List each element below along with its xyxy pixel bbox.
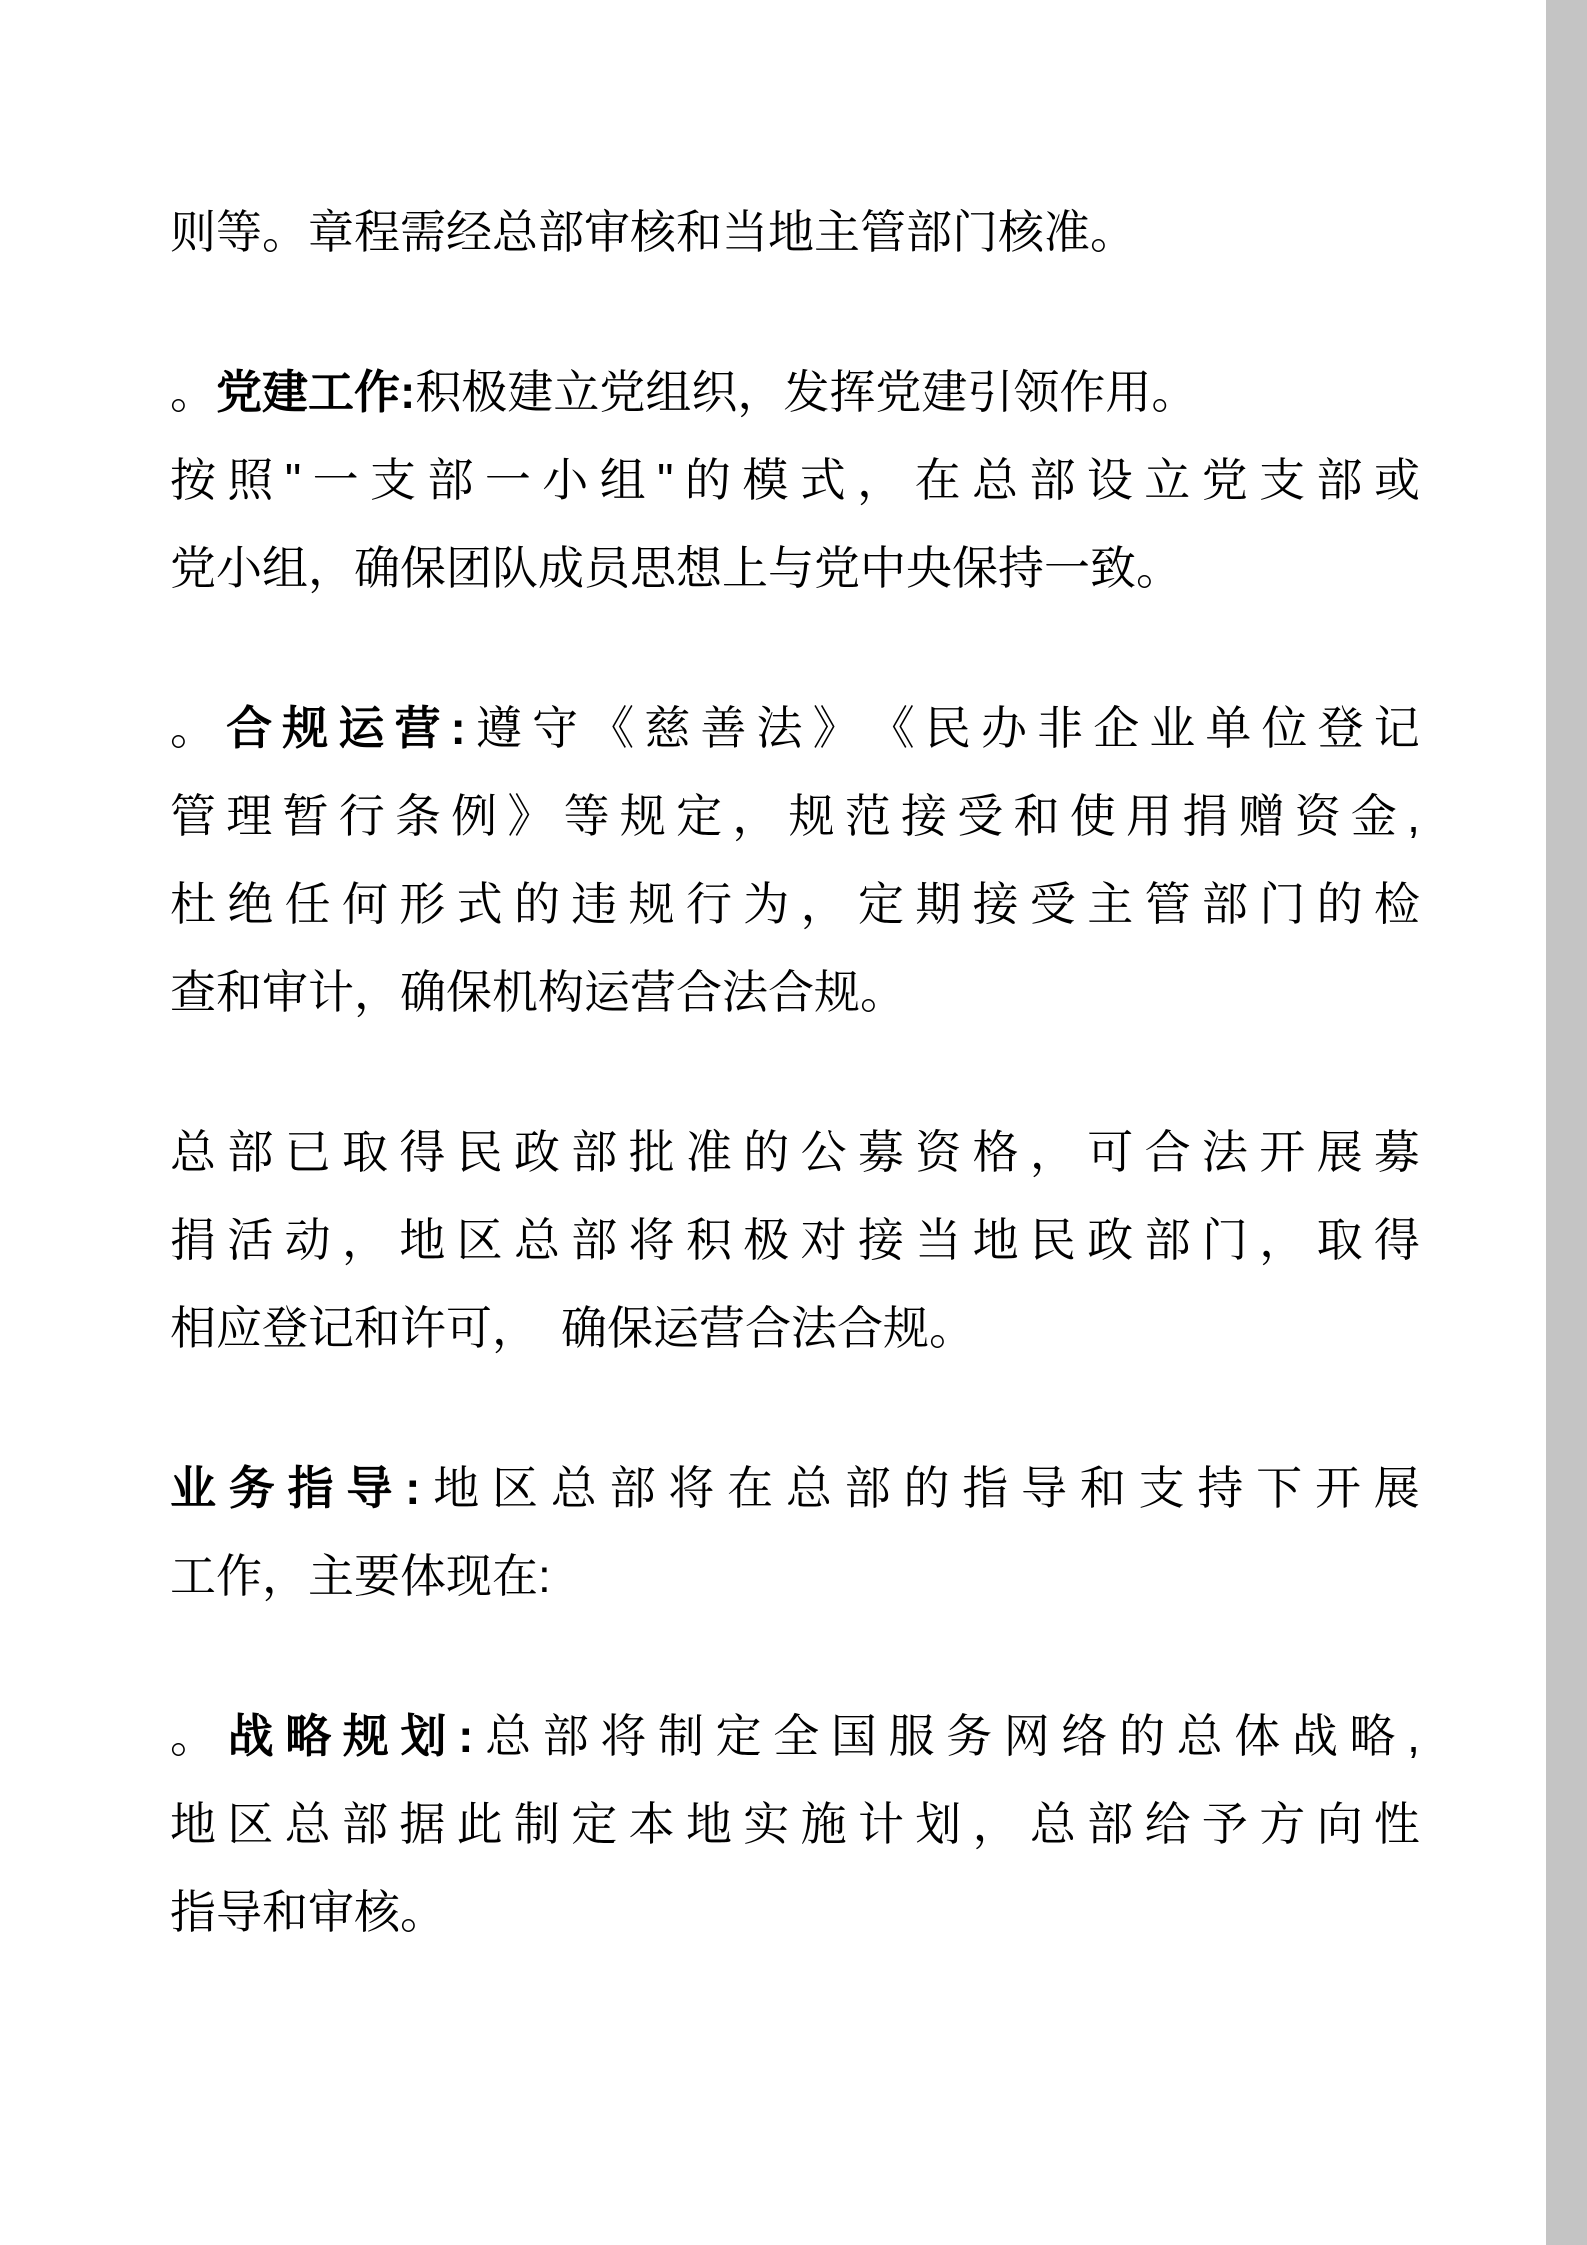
text-char: 一 xyxy=(485,436,531,524)
text-char: 将 xyxy=(600,1692,646,1780)
text-char: 》 xyxy=(813,684,859,772)
text-char: 已 xyxy=(285,1108,331,1196)
text-char: 非 xyxy=(1037,684,1083,772)
text-char: 务 xyxy=(946,1692,992,1780)
text-char: 全 xyxy=(773,1692,819,1780)
text-char: 区 xyxy=(227,1780,273,1868)
text-char: 单 xyxy=(1205,684,1251,772)
text-char: 的 xyxy=(1317,860,1363,948)
text-char: 民 xyxy=(1030,1196,1076,1284)
text-line: 总部已取得民政部批准的公募资格，可合法开展募 xyxy=(170,1108,1420,1196)
text-char: 按 xyxy=(170,436,216,524)
text-char: 登 xyxy=(1318,684,1364,772)
text-char: 略 xyxy=(1349,1692,1395,1780)
text-char: ， xyxy=(732,772,778,860)
bold-term-char: 略 xyxy=(285,1692,331,1780)
text-char: 和 xyxy=(1014,772,1060,860)
text-char: 极 xyxy=(743,1196,789,1284)
bold-term-char: 指 xyxy=(288,1444,334,1532)
text-line: 管理暂行条例》等规定，规范接受和使用捐赠资金, xyxy=(170,772,1420,860)
document-page: 则等。章程需经总部审核和当地主管部门核准。。党建工作:积极建立党组织，发挥党建引… xyxy=(0,0,1587,2245)
text-char: 地 xyxy=(973,1196,1019,1284)
text-char: 等 xyxy=(564,772,610,860)
text-char: , xyxy=(1407,1692,1420,1780)
text-char: 条 xyxy=(395,772,441,860)
text-char: 违 xyxy=(571,860,617,948)
text-char: 的 xyxy=(1119,1692,1165,1780)
text-char: 动 xyxy=(285,1196,331,1284)
text-char: 接 xyxy=(901,772,947,860)
text-char: 总 xyxy=(285,1780,331,1868)
bold-term-char: 规 xyxy=(282,684,328,772)
text-char: 理 xyxy=(226,772,272,860)
text-char: 受 xyxy=(1030,860,1076,948)
text-char: ， xyxy=(801,860,847,948)
text-line: 。合规运营:遵守《慈善法》《民办非企业单位登记 xyxy=(170,684,1420,772)
text-char: 管 xyxy=(170,772,216,860)
text-char: 格 xyxy=(973,1108,1019,1196)
text-char: 募 xyxy=(1374,1108,1420,1196)
text-char: 方 xyxy=(1259,1780,1305,1868)
text-char: 性 xyxy=(1374,1780,1420,1868)
text-char: 将 xyxy=(668,1444,714,1532)
text-char: 。 xyxy=(170,1692,216,1780)
text-char: 或 xyxy=(1374,436,1420,524)
text-char: 暂 xyxy=(282,772,328,860)
bold-term-char: 运 xyxy=(338,684,384,772)
text-char: 规 xyxy=(629,860,675,948)
text-char: 资 xyxy=(1295,772,1341,860)
text-char: 》 xyxy=(507,772,553,860)
text-char: 式 xyxy=(457,860,503,948)
text-char: 取 xyxy=(1317,1196,1363,1284)
text-char: 设 xyxy=(1087,436,1133,524)
text-char: 一 xyxy=(313,436,359,524)
text-segment: 党小组，确保团队成员思想上与党中央保持一致。 xyxy=(170,542,1182,594)
text-segment: 积极建立党组织，发挥党建引领作用。 xyxy=(415,366,1197,418)
text-char: 立 xyxy=(1144,436,1190,524)
text-line: 党小组，确保团队成员思想上与党中央保持一致。 xyxy=(170,524,1420,612)
text-char: 党 xyxy=(1202,436,1248,524)
text-char: 的 xyxy=(685,436,731,524)
text-segment: 相应登记和许可， 确保运营合法合规。 xyxy=(170,1302,975,1354)
text-char: 使 xyxy=(1070,772,1116,860)
text-char: 国 xyxy=(831,1692,877,1780)
text-char: 主 xyxy=(1087,860,1133,948)
text-segment: 工作，主要体现在: xyxy=(170,1550,551,1602)
text-char: 规 xyxy=(620,772,666,860)
text-char: 服 xyxy=(888,1692,934,1780)
text-char: 小 xyxy=(542,436,588,524)
bold-term-char: 务 xyxy=(229,1444,275,1532)
bold-term-char: 营 xyxy=(394,684,440,772)
text-char: 捐 xyxy=(170,1196,216,1284)
text-char: 。 xyxy=(170,684,216,772)
text-char: 总 xyxy=(972,436,1018,524)
text-char: 用 xyxy=(1126,772,1172,860)
text-char: 门 xyxy=(1259,860,1305,948)
text-char: 检 xyxy=(1374,860,1420,948)
text-char: 部 xyxy=(845,1444,891,1532)
text-char: 总 xyxy=(551,1444,597,1532)
text-char: 此 xyxy=(457,1780,503,1868)
paragraph: 。合规运营:遵守《慈善法》《民办非企业单位登记管理暂行条例》等规定，规范接受和使… xyxy=(170,684,1420,1036)
text-char: 部 xyxy=(1029,436,1075,524)
paragraph: 总部已取得民政部批准的公募资格，可合法开展募捐活动，地区总部将积极对接当地民政部… xyxy=(170,1108,1420,1372)
bold-term-char: 规 xyxy=(343,1692,389,1780)
text-line: 按照"一支部一小组"的模式，在总部设立党支部或 xyxy=(170,436,1420,524)
text-char: 管 xyxy=(1145,860,1191,948)
text-line: 地区总部据此制定本地实施计划，总部给予方向性 xyxy=(170,1780,1420,1868)
text-line: 相应登记和许可， 确保运营合法合规。 xyxy=(170,1284,1420,1372)
text-char: 制 xyxy=(658,1692,704,1780)
text-char: 地 xyxy=(686,1780,732,1868)
text-char: 政 xyxy=(1087,1196,1133,1284)
text-char: ， xyxy=(1259,1196,1305,1284)
bold-term-char: 导 xyxy=(346,1444,392,1532)
text-char: 展 xyxy=(1317,1108,1363,1196)
text-char: 捐 xyxy=(1182,772,1228,860)
text-char: 积 xyxy=(686,1196,732,1284)
text-char: 指 xyxy=(962,1444,1008,1532)
scrollbar-track[interactable] xyxy=(1546,0,1587,2245)
text-segment: 指导和审核。 xyxy=(170,1886,446,1938)
text-char: 行 xyxy=(686,860,732,948)
bold-term-char: : xyxy=(451,684,466,772)
text-char: 门 xyxy=(1202,1196,1248,1284)
text-char: 范 xyxy=(845,772,891,860)
text-char: 部 xyxy=(227,1108,273,1196)
text-char: 的 xyxy=(743,1108,789,1196)
text-char: 制 xyxy=(514,1780,560,1868)
text-char: 向 xyxy=(1317,1780,1363,1868)
text-char: 实 xyxy=(743,1780,789,1868)
text-char: 活 xyxy=(227,1196,273,1284)
text-char: 地 xyxy=(399,1196,445,1284)
text-char: 持 xyxy=(1197,1444,1243,1532)
text-char: 定 xyxy=(716,1692,762,1780)
text-char: 批 xyxy=(629,1108,675,1196)
text-char: 部 xyxy=(1202,860,1248,948)
text-char: 任 xyxy=(285,860,331,948)
text-char: 部 xyxy=(571,1108,617,1196)
text-char: 赠 xyxy=(1238,772,1284,860)
text-char: 络 xyxy=(1061,1692,1107,1780)
text-char: 支 xyxy=(370,436,416,524)
text-char: ， xyxy=(857,436,903,524)
text-char: 部 xyxy=(427,436,473,524)
text-char: 合 xyxy=(1145,1108,1191,1196)
text-char: 《 xyxy=(869,684,915,772)
text-char: 支 xyxy=(1259,436,1305,524)
text-char: 政 xyxy=(514,1108,560,1196)
text-char: 规 xyxy=(789,772,835,860)
text-char: 法 xyxy=(1202,1108,1248,1196)
text-char: 例 xyxy=(451,772,497,860)
text-char: 接 xyxy=(973,860,1019,948)
text-char: 位 xyxy=(1262,684,1308,772)
text-char: 绝 xyxy=(227,860,273,948)
text-char: 业 xyxy=(1149,684,1195,772)
text-char: 展 xyxy=(1374,1444,1420,1532)
text-char: 准 xyxy=(686,1108,732,1196)
text-char: " xyxy=(657,436,673,524)
text-char: 划 xyxy=(915,1780,961,1868)
text-char: 将 xyxy=(629,1196,675,1284)
text-char: 网 xyxy=(1004,1692,1050,1780)
text-char: ， xyxy=(342,1196,388,1284)
text-char: 的 xyxy=(514,860,560,948)
text-char: 部 xyxy=(543,1692,589,1780)
text-char: 总 xyxy=(514,1196,560,1284)
text-char: 开 xyxy=(1259,1108,1305,1196)
paragraph: 。党建工作:积极建立党组织，发挥党建引领作用。按照"一支部一小组"的模式，在总部… xyxy=(170,348,1420,612)
document-content: 则等。章程需经总部审核和当地主管部门核准。。党建工作:积极建立党组织，发挥党建引… xyxy=(170,188,1420,2028)
text-char: 遵 xyxy=(476,684,522,772)
text-char: 照 xyxy=(227,436,273,524)
text-char: 当 xyxy=(915,1196,961,1284)
text-char: 计 xyxy=(858,1780,904,1868)
text-char: 在 xyxy=(915,436,961,524)
text-char: ， xyxy=(1030,1108,1076,1196)
text-char: 总 xyxy=(170,1108,216,1196)
text-line: 查和审计，确保机构运营合法合规。 xyxy=(170,948,1420,1036)
text-char: 定 xyxy=(676,772,722,860)
paragraph: 业务指导:地区总部将在总部的指导和支持下开展工作，主要体现在: xyxy=(170,1444,1420,1620)
bold-term-char: 划 xyxy=(401,1692,447,1780)
text-char: 民 xyxy=(457,1108,503,1196)
text-char: 定 xyxy=(858,860,904,948)
text-char: 民 xyxy=(925,684,971,772)
text-char: 守 xyxy=(532,684,578,772)
text-char: 何 xyxy=(342,860,388,948)
text-char: 得 xyxy=(399,1108,445,1196)
text-line: 捐活动，地区总部将积极对接当地民政部门，取得 xyxy=(170,1196,1420,1284)
text-char: 组 xyxy=(600,436,646,524)
text-char: 受 xyxy=(957,772,1003,860)
text-char: 行 xyxy=(339,772,385,860)
text-char: 总 xyxy=(1030,1780,1076,1868)
text-char: 部 xyxy=(571,1196,617,1284)
text-char: 金 xyxy=(1351,772,1397,860)
text-char: 式 xyxy=(800,436,846,524)
text-line: 则等。章程需经总部审核和当地主管部门核准。 xyxy=(170,188,1420,276)
text-char: 部 xyxy=(1145,1196,1191,1284)
text-char: 区 xyxy=(457,1196,503,1284)
text-char: 慈 xyxy=(644,684,690,772)
text-line: 业务指导:地区总部将在总部的指导和支持下开展 xyxy=(170,1444,1420,1532)
text-line: 工作，主要体现在: xyxy=(170,1532,1420,1620)
text-char: 施 xyxy=(801,1780,847,1868)
text-char: 部 xyxy=(1087,1780,1133,1868)
text-line: 指导和审核。 xyxy=(170,1868,1420,1956)
bold-term-char: 战 xyxy=(228,1692,274,1780)
paragraph: 。战略规划:总部将制定全国服务网络的总体战略,地区总部据此制定本地实施计划，总部… xyxy=(170,1692,1420,1956)
text-char: 《 xyxy=(588,684,634,772)
text-char: 在 xyxy=(727,1444,773,1532)
text-char: 善 xyxy=(700,684,746,772)
text-char: 形 xyxy=(399,860,445,948)
text-char: 给 xyxy=(1145,1780,1191,1868)
text-char: 期 xyxy=(915,860,961,948)
text-char: 部 xyxy=(342,1780,388,1868)
bold-term-char: 业 xyxy=(170,1444,216,1532)
text-char: 予 xyxy=(1202,1780,1248,1868)
bold-term: 党建工作: xyxy=(216,366,415,418)
text-char: 定 xyxy=(571,1780,617,1868)
text-char: 取 xyxy=(342,1108,388,1196)
text-char: 公 xyxy=(801,1108,847,1196)
bold-term-char: : xyxy=(405,1444,420,1532)
text-char: 部 xyxy=(1317,436,1363,524)
paragraph: 则等。章程需经总部审核和当地主管部门核准。 xyxy=(170,188,1420,276)
text-char: 法 xyxy=(757,684,803,772)
text-char: 企 xyxy=(1093,684,1139,772)
text-char: 总 xyxy=(786,1444,832,1532)
text-char: 部 xyxy=(610,1444,656,1532)
text-char: 模 xyxy=(742,436,788,524)
text-segment: 则等。章程需经总部审核和当地主管部门核准。 xyxy=(170,206,1136,258)
text-char: 本 xyxy=(629,1780,675,1868)
bold-term-char: : xyxy=(458,1692,473,1780)
text-char: ， xyxy=(973,1780,1019,1868)
text-char: 杜 xyxy=(170,860,216,948)
text-char: 为 xyxy=(743,860,789,948)
text-segment: 。 xyxy=(170,366,216,418)
text-segment: 查和审计，确保机构运营合法合规。 xyxy=(170,966,906,1018)
text-char: 开 xyxy=(1315,1444,1361,1532)
text-char: 据 xyxy=(399,1780,445,1868)
text-char: 区 xyxy=(492,1444,538,1532)
text-char: 总 xyxy=(1177,1692,1223,1780)
text-char: 下 xyxy=(1256,1444,1302,1532)
text-char: 接 xyxy=(858,1196,904,1284)
text-char: 办 xyxy=(981,684,1027,772)
text-char: 资 xyxy=(915,1108,961,1196)
text-line: 。党建工作:积极建立党组织，发挥党建引领作用。 xyxy=(170,348,1420,436)
text-char: 支 xyxy=(1139,1444,1185,1532)
text-char: 总 xyxy=(485,1692,531,1780)
text-char: 记 xyxy=(1374,684,1420,772)
bold-term-char: 合 xyxy=(226,684,272,772)
text-char: 得 xyxy=(1374,1196,1420,1284)
text-char: 体 xyxy=(1234,1692,1280,1780)
text-line: 。战略规划:总部将制定全国服务网络的总体战略, xyxy=(170,1692,1420,1780)
text-char: " xyxy=(285,436,301,524)
text-char: 导 xyxy=(1021,1444,1067,1532)
text-char: 的 xyxy=(903,1444,949,1532)
text-line: 杜绝任何形式的违规行为，定期接受主管部门的检 xyxy=(170,860,1420,948)
text-char: 地 xyxy=(170,1780,216,1868)
text-char: 可 xyxy=(1087,1108,1133,1196)
text-char: 和 xyxy=(1080,1444,1126,1532)
text-char: 战 xyxy=(1292,1692,1338,1780)
text-char: 地 xyxy=(433,1444,479,1532)
text-char: 对 xyxy=(801,1196,847,1284)
text-char: 募 xyxy=(858,1108,904,1196)
text-char: , xyxy=(1407,772,1420,860)
